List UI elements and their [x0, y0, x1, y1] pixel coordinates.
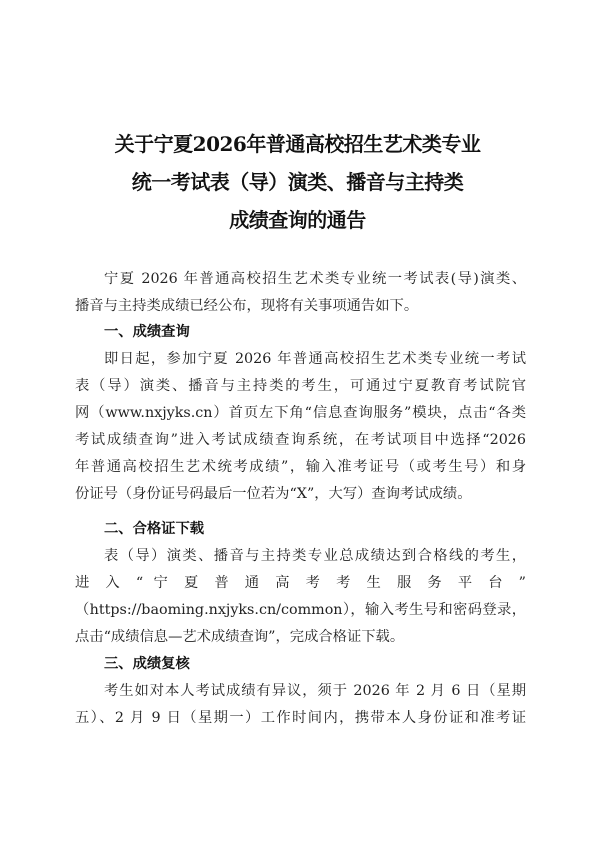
section-3-heading: 三、成绩复核	[104, 653, 190, 673]
section-2-heading: 二、合格证下载	[104, 518, 204, 538]
section-3-line-2: 五）、2 月 9 日（星期一）工作时间内，携带本人身份证和准考证	[75, 707, 526, 727]
title-line-2: 统一考试表（导）演类、播音与主持类	[0, 166, 595, 195]
section-2-line-1: 表（导）演类、播音与主持类专业总成绩达到合格线的考生，	[104, 545, 526, 565]
section-1-line-4: 考试成绩查询”进入考试成绩查询系统，在考试项目中选择“2026	[75, 429, 526, 449]
intro-line-1: 宁夏 2026 年普通高校招生艺术类专业统一考试表(导)演类、	[104, 268, 526, 288]
section-3-line-1: 考生如对本人考试成绩有异议，须于 2026 年 2 月 6 日（星期	[104, 680, 526, 700]
intro-line-2: 播音与主持类成绩已经公布，现将有关事项通告如下。	[75, 295, 526, 315]
title-line-1: 关于宁夏2026年普通高校招生艺术类专业	[0, 128, 595, 157]
section-1-heading: 一、成绩查询	[104, 321, 190, 341]
section-1-line-6: 份证号（身份证号码最后一位若为“X”，大写）查询考试成绩。	[75, 483, 526, 503]
section-2-line-4: 点击“成绩信息—艺术成绩查询”，完成合格证下载。	[75, 626, 526, 646]
section-1-line-1: 即日起，参加宁夏 2026 年普通高校招生艺术类专业统一考试	[104, 348, 526, 368]
section-1-line-5: 年普通高校招生艺术统考成绩”，输入准考证号（或考生号）和身	[75, 456, 526, 476]
section-2-line-3: （https://baoming.nxjyks.cn/common），输入考生号…	[75, 599, 526, 619]
section-1-line-2: 表（导）演类、播音与主持类的考生，可通过宁夏教育考试院官	[75, 375, 526, 395]
title-line-3: 成绩查询的通告	[0, 204, 595, 233]
section-1-line-3: 网（www.nxjyks.cn）首页左下角“信息查询服务”模块，点击“各类	[75, 402, 526, 422]
section-2-line-2: 进 入 “ 宁 夏 普 通 高 考 考 生 服 务 平 台 ”	[75, 572, 526, 592]
document-page: 关于宁夏2026年普通高校招生艺术类专业 统一考试表（导）演类、播音与主持类 成…	[0, 0, 595, 842]
